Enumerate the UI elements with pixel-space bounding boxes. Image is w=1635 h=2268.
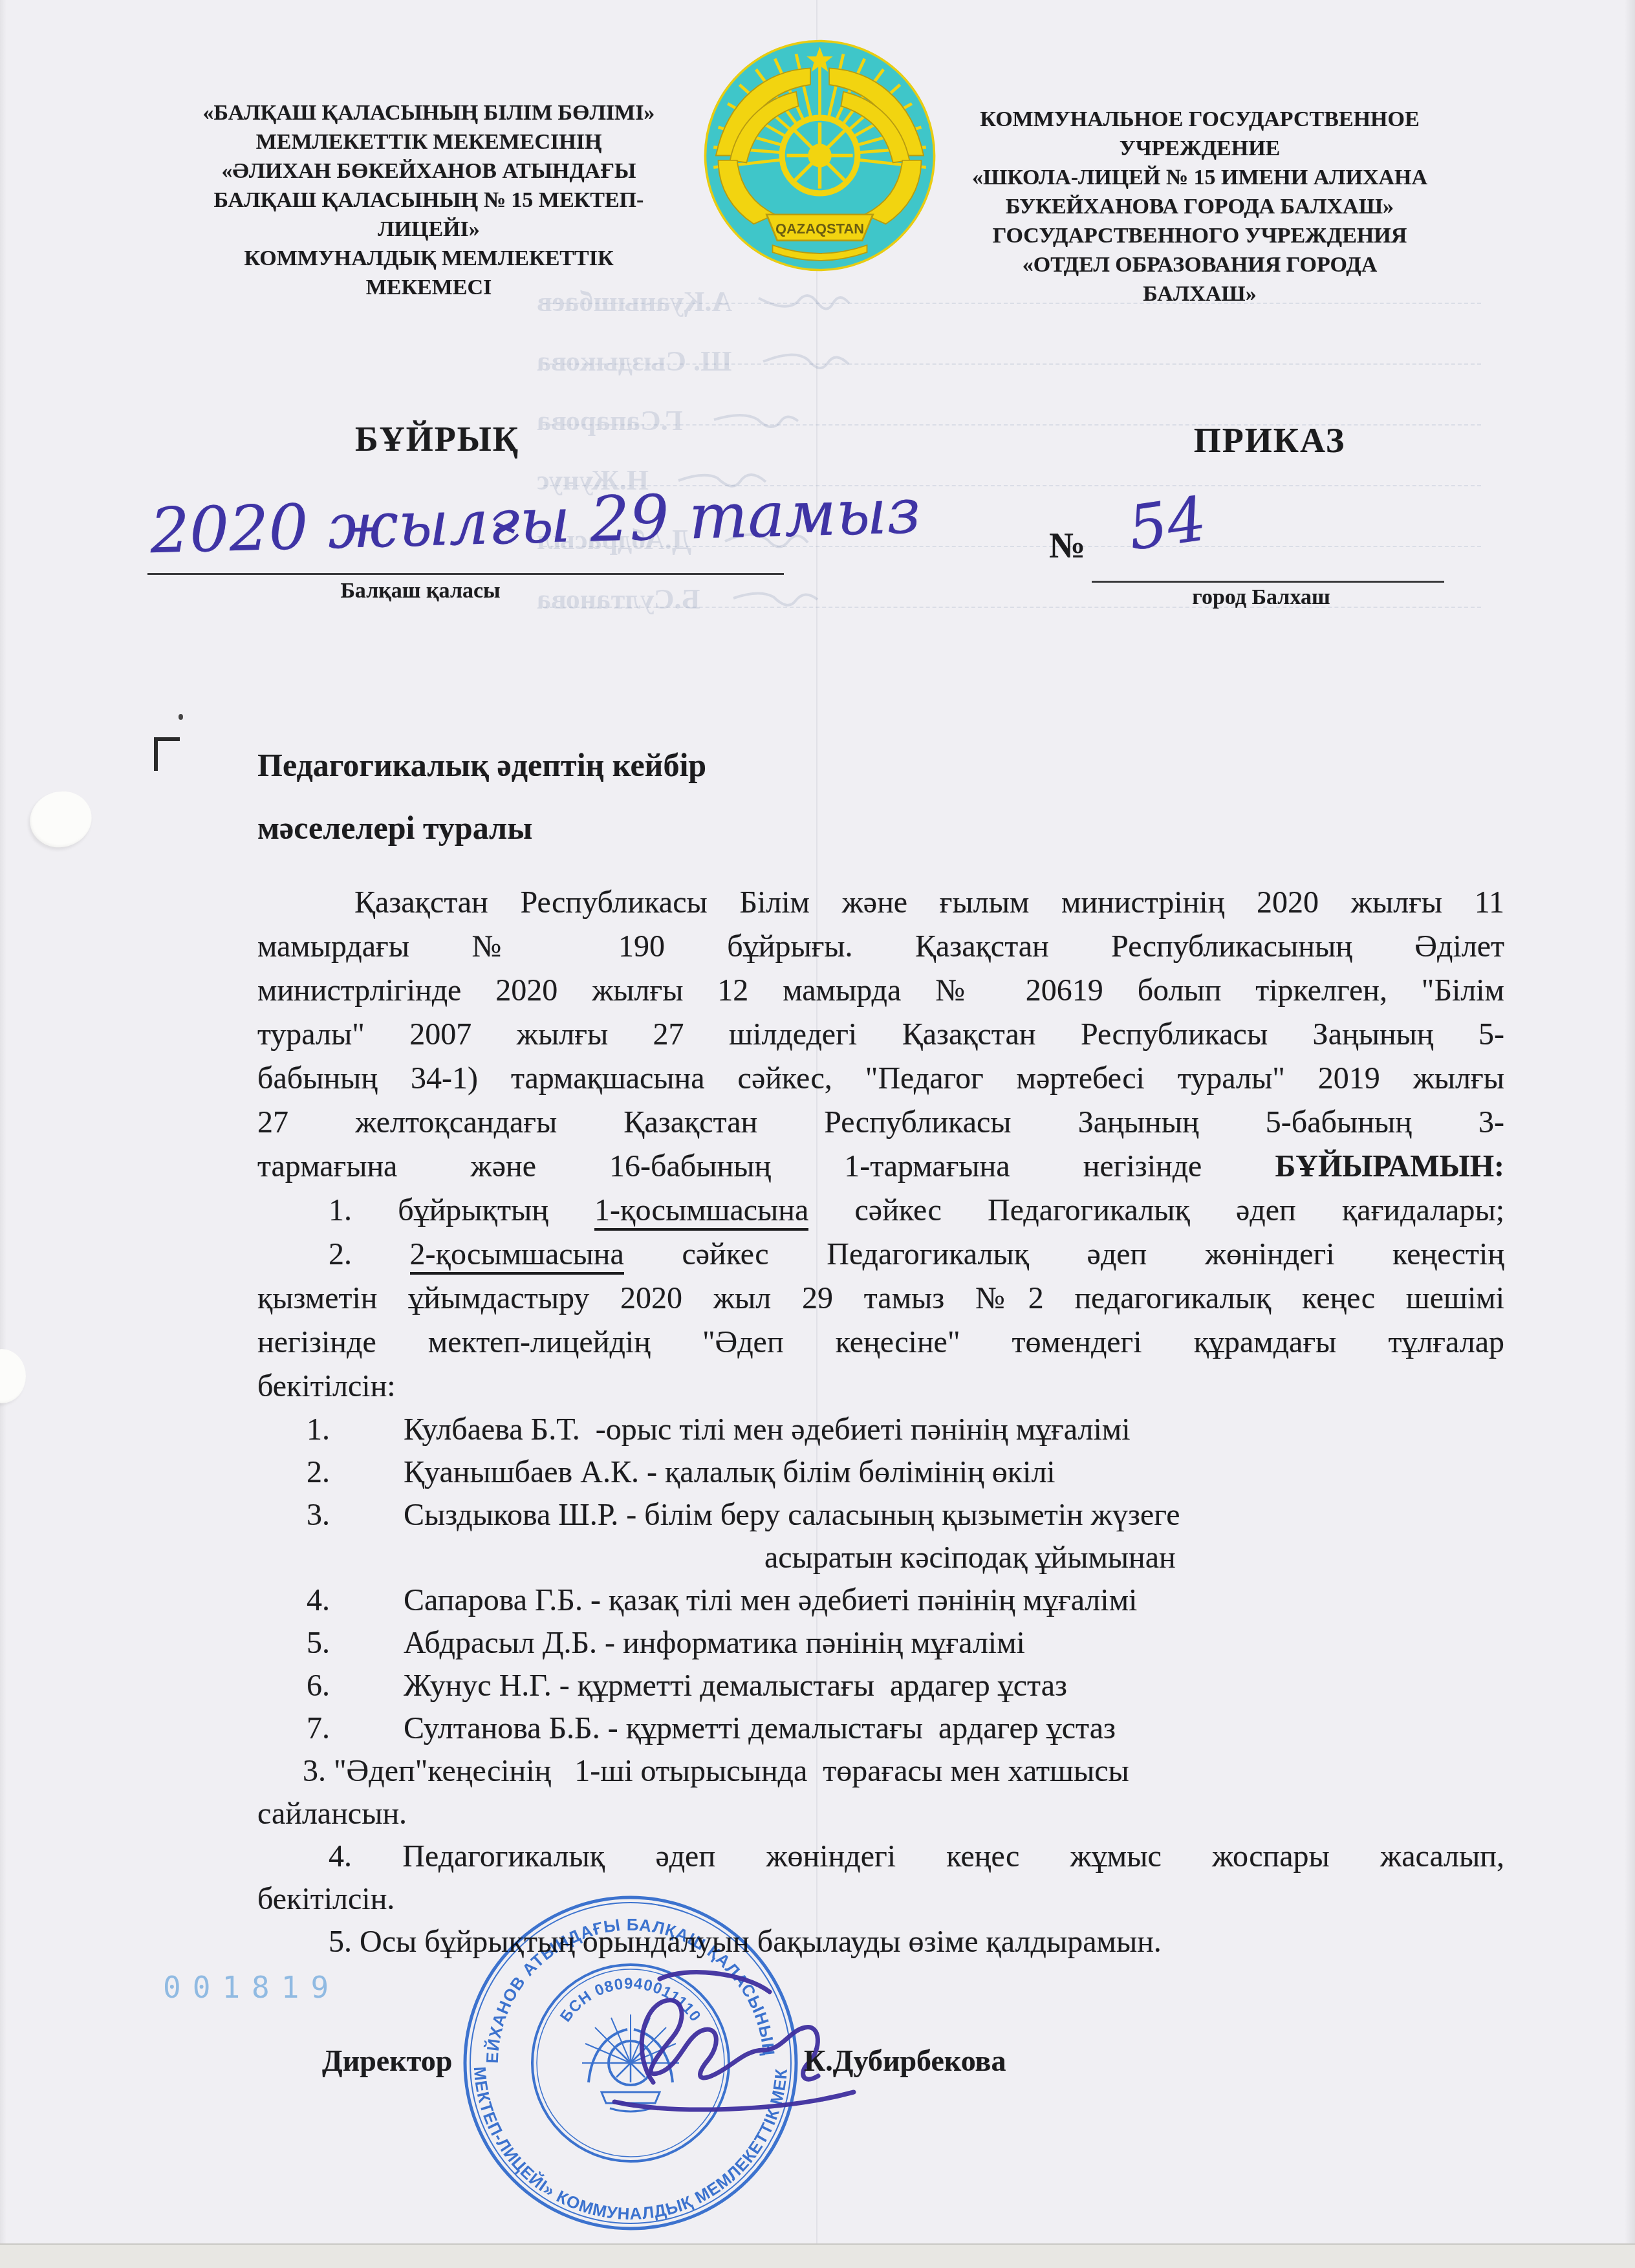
signatory-name: К.Дубирбекова bbox=[804, 2044, 1006, 2078]
order-point-4-end: бекітілсін. bbox=[257, 1878, 1504, 1921]
order-point-3-end: сайлансын. bbox=[257, 1793, 1504, 1835]
ghost-signature-squiggle bbox=[755, 350, 852, 372]
member-number: 2. bbox=[257, 1451, 404, 1494]
member-row-continuation: асыратын кәсіподақ ұйымынан bbox=[257, 1537, 1504, 1579]
resolution-pre: тармағына және 16-бабының 1-тармағына не… bbox=[257, 1149, 1275, 1183]
org-line: БАЛҚАШ ҚАЛАСЫНЫҢ № 15 МЕКТЕП- bbox=[155, 186, 702, 215]
letterhead-kazakh: «БАЛҚАШ ҚАЛАСЫНЫҢ БІЛІМ БӨЛІМІ» МЕМЛЕКЕТ… bbox=[155, 98, 702, 302]
order-subject: Педагогикалық әдептің кейбір мәселелері … bbox=[257, 734, 969, 859]
org-line: ЛИЦЕЙІ» bbox=[155, 215, 702, 244]
org-line: КОММУНАЛЬНОЕ ГОСУДАРСТВЕННОЕ bbox=[899, 105, 1500, 134]
bleedthrough-signature-list: А.Қуанышбаев Ш. Сыздыкова Г.Сапарова Н.Ж… bbox=[537, 272, 1054, 629]
order-point-1: 1. бұйрықтың 1-қосымшасына сәйкес Педаго… bbox=[257, 1189, 1504, 1233]
ghost-name: Ш. Сыздыкова bbox=[537, 345, 731, 378]
corner-crop-mark bbox=[154, 737, 180, 771]
number-underline bbox=[1092, 581, 1444, 583]
letterhead-russian: КОММУНАЛЬНОЕ ГОСУДАРСТВЕННОЕ УЧРЕЖДЕНИЕ … bbox=[899, 105, 1500, 308]
member-text: Султанова Б.Б. - құрметті демалыстағы ар… bbox=[404, 1711, 1116, 1745]
serial-number-stamp: 001819 bbox=[163, 1970, 340, 2005]
handwritten-order-number: 54 bbox=[1124, 484, 1211, 565]
point-number: 2. bbox=[329, 1237, 410, 1271]
scan-edge-shadow-right bbox=[1625, 0, 1635, 2245]
emblem-caption-text: QAZAQSTAN bbox=[775, 221, 864, 237]
org-line: «ОТДЕЛ ОБРАЗОВАНИЯ ГОРОДА bbox=[899, 250, 1500, 279]
point-number: 1. bbox=[329, 1193, 352, 1227]
ink-speck bbox=[179, 714, 183, 720]
paper-blemish bbox=[0, 1349, 26, 1403]
scanned-order-document: А.Қуанышбаев Ш. Сыздыкова Г.Сапарова Н.Ж… bbox=[0, 0, 1635, 2268]
body-line: туралы" 2007 жылғы 27 шілдедегі Қазақста… bbox=[257, 1013, 1504, 1057]
order-point-3: 3. "Әдеп"кеңесінің 1-ші отырысында төрағ… bbox=[257, 1750, 1504, 1793]
annex-1-reference: 1-қосымшасына bbox=[594, 1193, 808, 1231]
scanner-bottom-strip bbox=[0, 2243, 1635, 2268]
body-line: Қазақстан Республикасы Білім және ғылым … bbox=[257, 881, 1504, 925]
order-point-2: 2. 2-қосымшасына сәйкес Педагогикалық әд… bbox=[257, 1233, 1504, 1277]
point-text: сәйкес Педагогикалық әдеп қағидалары; bbox=[808, 1193, 1504, 1227]
body-line-resolution: тармағына және 16-бабының 1-тармағына не… bbox=[257, 1145, 1504, 1189]
org-line: КОММУНАЛДЫҚ МЕМЛЕКЕТТІК bbox=[155, 244, 702, 273]
body-line: бабының 34-1) тармақшасына сәйкес, "Педа… bbox=[257, 1057, 1504, 1101]
ghost-signature-squiggle bbox=[706, 409, 803, 431]
point-text: сәйкес Педагогикалық әдеп жөніндегі кеңе… bbox=[624, 1237, 1504, 1271]
member-number: 7. bbox=[257, 1707, 404, 1750]
member-number: 1. bbox=[257, 1409, 404, 1451]
member-number: 5. bbox=[257, 1622, 404, 1665]
body-line: министрлігінде 2020 жылғы 12 мамырда № 2… bbox=[257, 969, 1504, 1013]
scan-edge-shadow-left bbox=[0, 0, 6, 2245]
body-line: бекітілсін: bbox=[257, 1365, 1504, 1409]
org-line: МЕМЛЕКЕТТІК МЕКЕМЕСІНІҢ bbox=[155, 127, 702, 157]
body-line: қызметін ұйымдастыру 2020 жыл 29 тамыз №… bbox=[257, 1277, 1504, 1321]
member-row: 4.Сапарова Г.Б. - қазақ тілі мен әдебиет… bbox=[257, 1579, 1504, 1622]
body-line: мамырдағы № 190 бұйрығы. Қазақстан Респу… bbox=[257, 925, 1504, 969]
org-line: БУКЕЙХАНОВА ГОРОДА БАЛХАШ» bbox=[899, 192, 1500, 221]
member-text: Абдрасыл Д.Б. - информатика пәнінің мұға… bbox=[404, 1626, 1025, 1660]
member-text: Сыздыкова Ш.Р. - білім беру саласының қы… bbox=[404, 1498, 1180, 1532]
date-underline bbox=[147, 573, 784, 575]
member-row: 6.Жунус Н.Г. - құрметті демалыстағы арда… bbox=[257, 1665, 1504, 1707]
order-point-4: 4. Педагогикалық әдеп жөніндегі кеңес жұ… bbox=[257, 1835, 1504, 1878]
order-number-label: № bbox=[1049, 525, 1085, 567]
member-text: Сапарова Г.Б. - қазақ тілі мен әдебиеті … bbox=[404, 1583, 1137, 1617]
ghost-row: Б.Султанова bbox=[537, 569, 1054, 629]
member-row: 2.Қуанышбаев А.К. - қалалық білім бөлімі… bbox=[257, 1451, 1504, 1494]
correction-fluid-blob bbox=[24, 784, 98, 854]
member-row: 5.Абдрасыл Д.Б. - информатика пәнінің мұ… bbox=[257, 1622, 1504, 1665]
org-line: БАЛХАШ» bbox=[899, 279, 1500, 308]
org-line: «БАЛҚАШ ҚАЛАСЫНЫҢ БІЛІМ БӨЛІМІ» bbox=[155, 98, 702, 127]
ghost-signature-squiggle bbox=[724, 588, 821, 610]
order-body: Қазақстан Республикасы Білім және ғылым … bbox=[257, 881, 1504, 1963]
member-number: 6. bbox=[257, 1665, 404, 1707]
member-number: 4. bbox=[257, 1579, 404, 1622]
org-line: ГОСУДАРСТВЕННОГО УЧРЕЖДЕНИЯ bbox=[899, 221, 1500, 250]
signatory-role: Директор bbox=[322, 2044, 452, 2078]
member-row: 1.Кулбаева Б.Т. -орыс тілі мен әдебиеті … bbox=[257, 1409, 1504, 1451]
ghost-signature-squiggle bbox=[755, 290, 852, 312]
org-line: «ШКОЛА-ЛИЦЕЙ № 15 ИМЕНИ АЛИХАНА bbox=[899, 163, 1500, 192]
ghost-row: Ш. Сыздыкова bbox=[537, 331, 1054, 391]
org-line: «ӘЛИХАН БӨКЕЙХАНОВ АТЫНДАҒЫ bbox=[155, 157, 702, 186]
org-line: УЧРЕЖДЕНИЕ bbox=[899, 134, 1500, 163]
body-line: 27 желтоқсандағы Қазақстан Республикасы … bbox=[257, 1101, 1504, 1145]
member-text: Қуанышбаев А.К. - қалалық білім бөліміні… bbox=[404, 1455, 1056, 1489]
subject-line: Педагогикалық әдептің кейбір bbox=[257, 734, 969, 797]
org-line: МЕКЕМЕСІ bbox=[155, 273, 702, 302]
member-text: Жунус Н.Г. - құрметті демалыстағы ардаге… bbox=[404, 1669, 1067, 1703]
order-heading-kazakh: БҰЙРЫҚ bbox=[308, 419, 567, 459]
point-text: бұйрықтың bbox=[352, 1193, 594, 1227]
subject-line: мәселелері туралы bbox=[257, 797, 969, 859]
member-number: 3. bbox=[257, 1494, 404, 1537]
annex-2-reference: 2-қосымшасына bbox=[410, 1237, 624, 1275]
member-text: Кулбаева Б.Т. -орыс тілі мен әдебиеті пә… bbox=[404, 1412, 1130, 1447]
resolution-word: БҰЙЫРАМЫН: bbox=[1275, 1149, 1504, 1183]
place-russian: город Балхаш bbox=[1099, 585, 1423, 610]
body-line: негізінде мектеп-лицейдің "Әдеп кеңесіне… bbox=[257, 1321, 1504, 1365]
order-heading-russian: ПРИКАЗ bbox=[1140, 420, 1399, 460]
member-row: 7.Султанова Б.Б. - құрметті демалыстағы … bbox=[257, 1707, 1504, 1750]
place-kazakh: Балқаш қаласы bbox=[226, 579, 614, 603]
member-row: 3.Сыздыкова Ш.Р. - білім беру саласының … bbox=[257, 1494, 1504, 1537]
ghost-row: Г.Сапарова bbox=[537, 391, 1054, 450]
